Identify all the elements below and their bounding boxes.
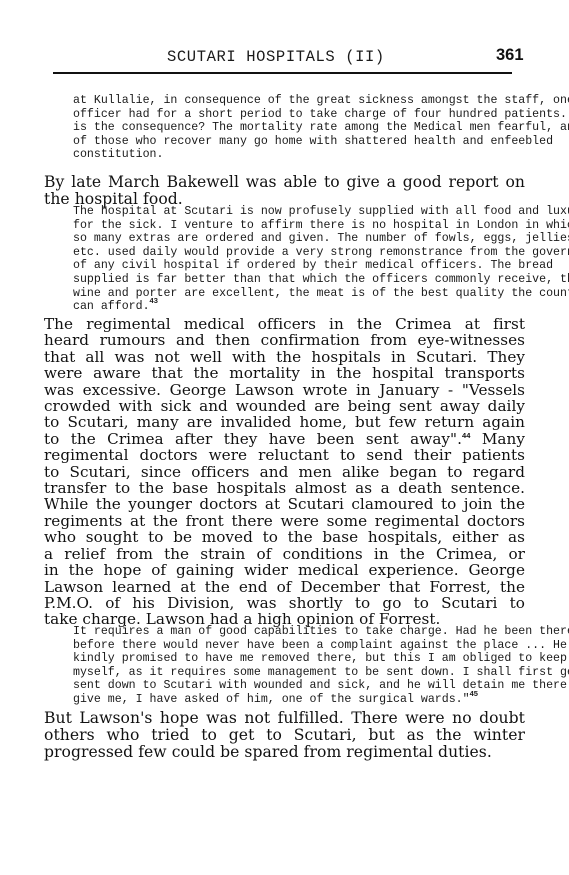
paragraph-regimental-officers: The regimental medical officers in the C… [44,316,525,628]
text-line: were aware that the mortality in the hos… [44,365,525,381]
text-line: crowded with sick and wounded are being … [44,398,525,414]
text-line: to Scutari, since officers and men alike… [44,464,525,480]
text-line: so many extras are ordered and given. Th… [73,232,525,246]
text-line: By late March Bakewell was able to give … [44,174,525,191]
text-line: While the younger doctors at Scutari cla… [44,496,525,512]
text-line: regimental doctors were reluctant to sen… [44,447,525,463]
text-line: of any civil hospital if ordered by thei… [73,259,525,273]
footnote-marker: 44 [462,431,470,440]
text-line: P.M.O. of his Division, was shortly to g… [44,595,525,611]
text-line: is the consequence? The mortality rate a… [73,121,525,135]
text-line: Lawson learned at the end of December th… [44,579,525,595]
text-line: officer had for a short period to take c… [73,108,525,122]
text-line: for the sick. I venture to affirm there … [73,219,525,233]
block-quote-lawson-letter: It requires a man of good capabilities t… [73,625,525,707]
paragraph-bakewell-report: By late March Bakewell was able to give … [44,174,525,208]
text-line: progressed few could be spared from regi… [44,744,525,761]
block-quote-hospital-food: The hospital at Scutari is now profusely… [73,205,525,314]
text-line: others who tried to get to Scutari, but … [44,727,525,744]
text-line: It requires a man of good capabilities t… [73,625,525,639]
text-line: But Lawson's hope was not fulfilled. The… [44,710,525,727]
page-number: 361 [496,46,524,65]
header-rule [53,72,512,74]
text-line: regiments at the front there were some r… [44,513,525,529]
text-line: give me, I have asked of him, one of the… [73,693,525,707]
text-line: The hospital at Scutari is now profusely… [73,205,525,219]
text-line: can afford.43 [73,300,525,314]
text-line: was excessive. George Lawson wrote in Ja… [44,382,525,398]
book-page: SCUTARI HOSPITALS (II) 361 at Kullalie, … [0,0,569,875]
text-line: wine and porter are excellent, the meat … [73,287,525,301]
running-head-title: SCUTARI HOSPITALS (II) [167,48,385,66]
text-line: before there would never have been a com… [73,639,525,653]
text-line: of those who recover many go home with s… [73,135,525,149]
text-line: kindly promised to have me removed there… [73,652,525,666]
text-line: constitution. [73,148,525,162]
text-line: in the hope of gaining wider medical exp… [44,562,525,578]
text-line: to the Crimea after they have been sent … [44,431,525,447]
text-line: to Scutari, many are invalided home, but… [44,414,525,430]
footnote-marker: 43 [150,296,158,305]
text-line: The regimental medical officers in the C… [44,316,525,332]
text-line: sent down to Scutari with wounded and si… [73,679,525,693]
text-line: transfer to the base hospitals almost as… [44,480,525,496]
text-line: that all was not well with the hospitals… [44,349,525,365]
text-line: who sought to be moved to the base hospi… [44,529,525,545]
text-line: at Kullalie, in consequence of the great… [73,94,525,108]
text-line: heard rumours and then confirmation from… [44,332,525,348]
paragraph-lawson-hope: But Lawson's hope was not fulfilled. The… [44,710,525,760]
text-line: supplied is far better than that which t… [73,273,525,287]
block-quote-kullalie: at Kullalie, in consequence of the great… [73,94,525,162]
text-line: myself, as it requires some management t… [73,666,525,680]
text-line: a relief from the strain of conditions i… [44,546,525,562]
text-line: etc. used daily would provide a very str… [73,246,525,260]
footnote-marker: 45 [470,689,478,698]
